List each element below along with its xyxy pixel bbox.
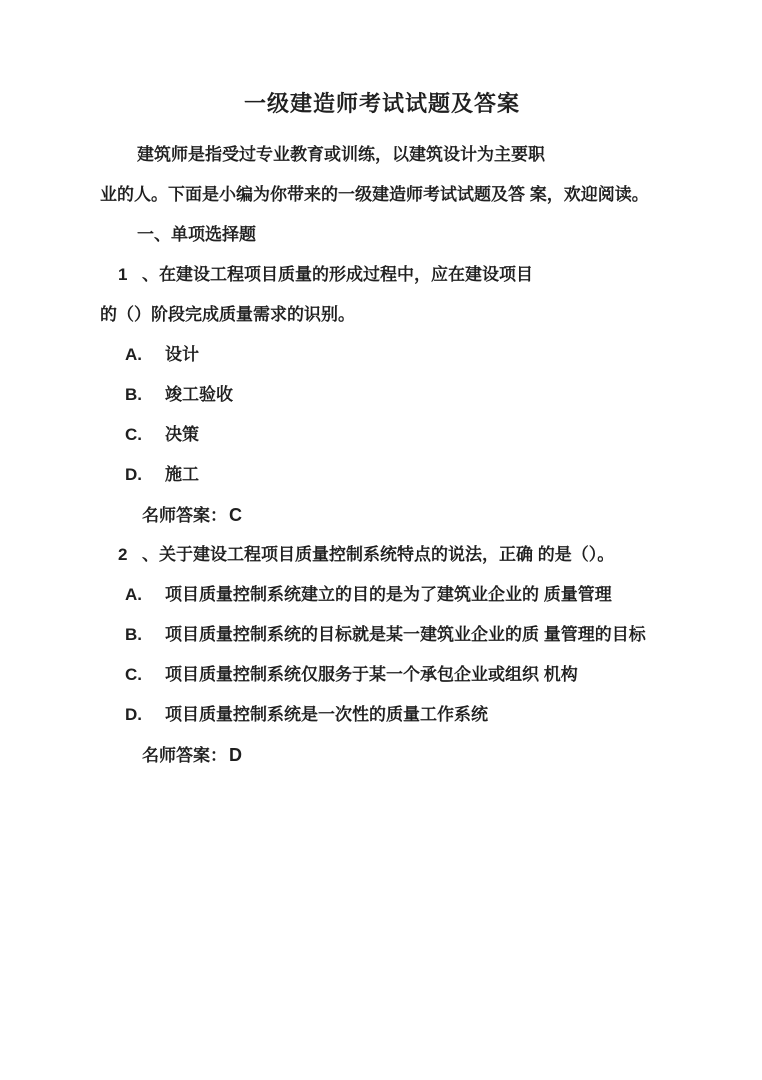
option-text: 项目质量控制系统建立的目的是为了建筑业企业的 质量管理 (165, 585, 612, 604)
question-1-option-c: C.决策 (100, 415, 664, 455)
option-text: 项目质量控制系统仅服务于某一个承包企业或组织 机构 (165, 665, 578, 684)
section-heading: 一、单项选择题 (100, 215, 664, 255)
answer-label: 名师答案： (142, 506, 227, 525)
question-2-option-a: A.项目质量控制系统建立的目的是为了建筑业企业的 质量管理 (100, 575, 664, 615)
option-letter: C. (125, 415, 165, 455)
intro-line-2: 业的人。下面是小编为你带来的一级建造师考试试题及答 案，欢迎阅读。 (100, 175, 664, 215)
answer-value: D (227, 745, 242, 765)
option-text: 决策 (165, 425, 199, 444)
option-text: 设计 (165, 345, 199, 364)
question-1-option-b: B.竣工验收 (100, 375, 664, 415)
answer-label: 名师答案： (142, 746, 227, 765)
question-2-stem-text: 、关于建设工程项目质量控制系统特点的说法，正确 的是（）。 (142, 545, 614, 564)
option-letter: D. (125, 695, 165, 735)
option-letter: D. (125, 455, 165, 495)
option-text: 项目质量控制系统是一次性的质量工作系统 (165, 705, 488, 724)
question-1-answer: 名师答案：C (100, 495, 664, 535)
option-letter: A. (125, 335, 165, 375)
question-1-stem-line-1: 1、在建设工程项目质量的形成过程中，应在建设项目 (100, 255, 664, 295)
question-1-stem-text: 、在建设工程项目质量的形成过程中，应在建设项目 (142, 265, 533, 284)
option-text: 竣工验收 (165, 385, 233, 404)
document-page: 一级建造师考试试题及答案 建筑师是指受过专业教育或训练，以建筑设计为主要职 业的… (0, 0, 762, 1080)
option-letter: C. (125, 655, 165, 695)
option-letter: B. (125, 375, 165, 415)
question-1-option-a: A.设计 (100, 335, 664, 375)
option-text: 施工 (165, 465, 199, 484)
question-2-option-d: D.项目质量控制系统是一次性的质量工作系统 (100, 695, 664, 735)
option-text: 项目质量控制系统的目标就是某一建筑业企业的质 量管理的目标 (165, 625, 646, 644)
question-2-stem-line-1: 2、关于建设工程项目质量控制系统特点的说法，正确 的是（）。 (100, 535, 664, 575)
document-title: 一级建造师考试试题及答案 (100, 88, 664, 120)
question-2-number: 2 (118, 535, 142, 575)
question-1-stem-line-2: 的（）阶段完成质量需求的识别。 (100, 295, 664, 335)
question-1-option-d: D.施工 (100, 455, 664, 495)
answer-value: C (227, 505, 242, 525)
document-content: 建筑师是指受过专业教育或训练，以建筑设计为主要职 业的人。下面是小编为你带来的一… (100, 135, 664, 775)
question-1-number: 1 (118, 255, 142, 295)
question-2-answer: 名师答案：D (100, 735, 664, 775)
intro-line-1: 建筑师是指受过专业教育或训练，以建筑设计为主要职 (100, 135, 664, 175)
question-2-option-b: B.项目质量控制系统的目标就是某一建筑业企业的质 量管理的目标 (100, 615, 664, 655)
question-2-option-c: C.项目质量控制系统仅服务于某一个承包企业或组织 机构 (100, 655, 664, 695)
document-body: 一级建造师考试试题及答案 建筑师是指受过专业教育或训练，以建筑设计为主要职 业的… (100, 0, 664, 775)
option-letter: A. (125, 575, 165, 615)
option-letter: B. (125, 615, 165, 655)
